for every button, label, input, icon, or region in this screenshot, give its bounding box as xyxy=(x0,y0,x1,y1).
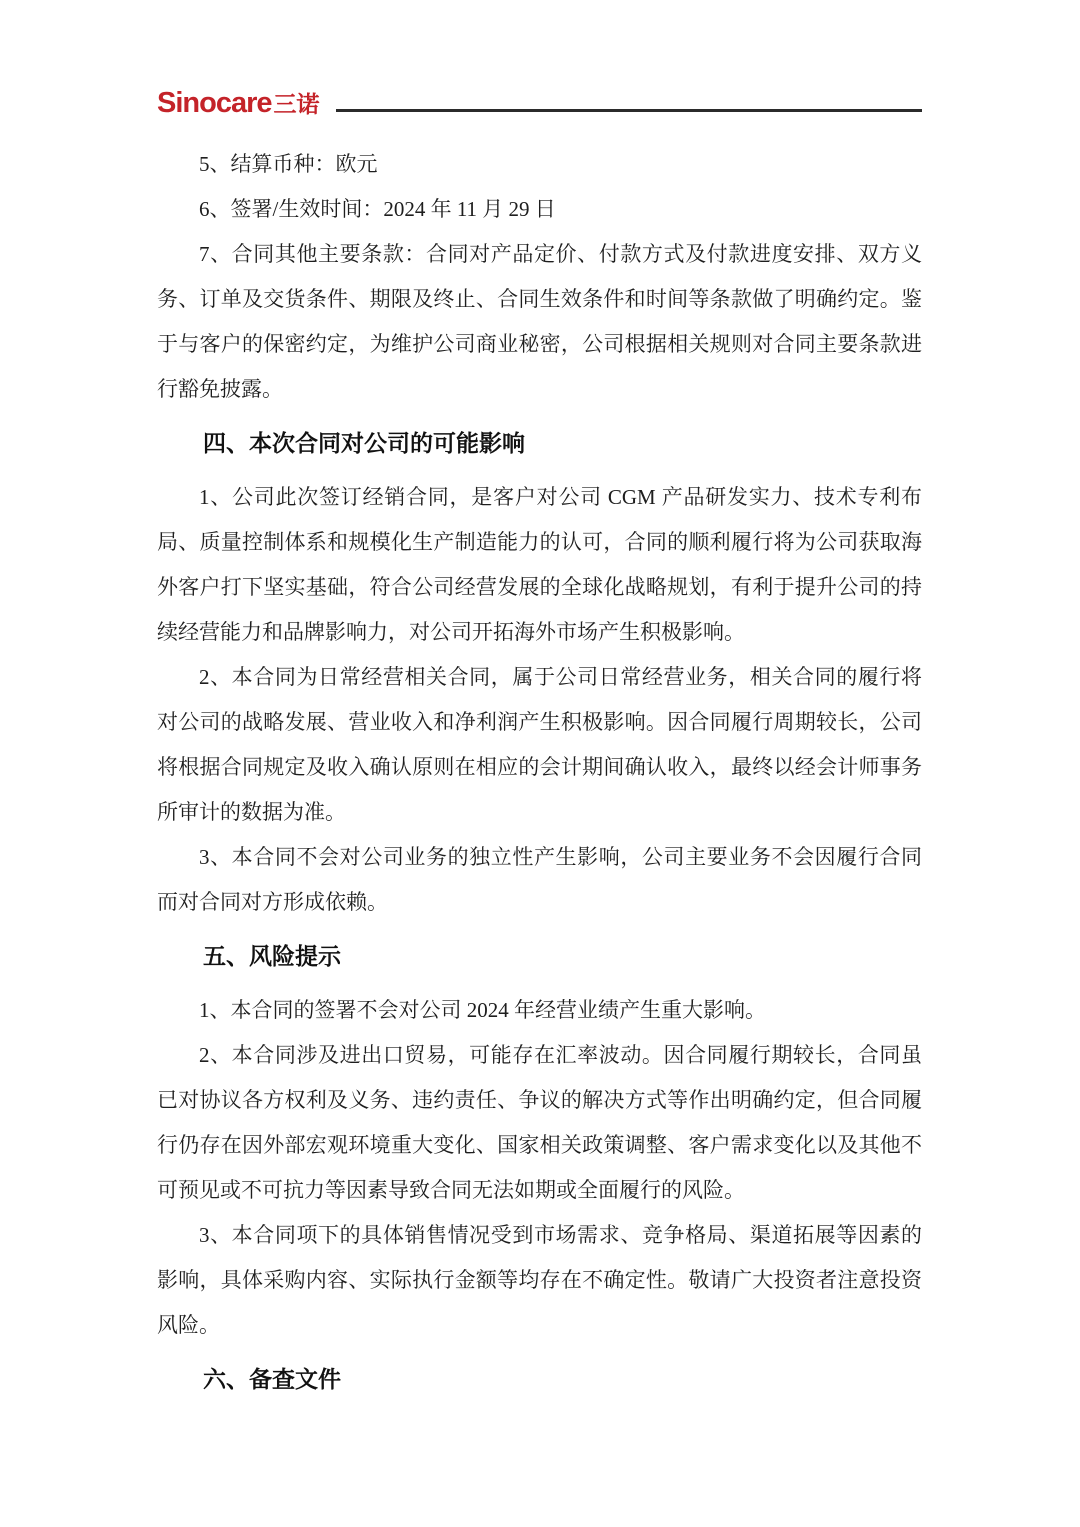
section-heading-impact: 四、本次合同对公司的可能影响 xyxy=(157,421,922,466)
impact-paragraph-2: 2、本合同为日常经营相关合同，属于公司日常经营业务，相关合同的履行将对公司的战略… xyxy=(157,655,922,835)
logo-text-cn: 三诺 xyxy=(274,93,320,116)
document-header: Sinocare 三诺 xyxy=(157,86,922,120)
section-heading-reference-documents: 六、备查文件 xyxy=(157,1357,922,1402)
term-item-other-clauses: 7、合同其他主要条款：合同对产品定价、付款方式及付款进度安排、双方义务、订单及交… xyxy=(157,232,922,412)
risk-paragraph-3: 3、本合同项下的具体销售情况受到市场需求、竞争格局、渠道拓展等因素的影响，具体采… xyxy=(157,1213,922,1348)
impact-paragraph-1: 1、公司此次签订经销合同，是客户对公司 CGM 产品研发实力、技术专利布局、质量… xyxy=(157,475,922,655)
header-rule-line xyxy=(336,109,923,112)
logo-text-en: Sinocare xyxy=(157,89,272,118)
risk-paragraph-1: 1、本合同的签署不会对公司 2024 年经营业绩产生重大影响。 xyxy=(157,988,922,1033)
impact-paragraph-3: 3、本合同不会对公司业务的独立性产生影响，公司主要业务不会因履行合同而对合同对方… xyxy=(157,835,922,925)
risk-paragraph-2: 2、本合同涉及进出口贸易，可能存在汇率波动。因合同履行期较长，合同虽已对协议各方… xyxy=(157,1033,922,1213)
sinocare-logo: Sinocare 三诺 xyxy=(157,89,320,118)
document-page: Sinocare 三诺 5、结算币种：欧元 6、签署/生效时间：2024 年 1… xyxy=(0,0,1080,1527)
term-item-signing-date: 6、签署/生效时间：2024 年 11 月 29 日 xyxy=(157,187,922,232)
term-item-settlement-currency: 5、结算币种：欧元 xyxy=(157,142,922,187)
document-body: 5、结算币种：欧元 6、签署/生效时间：2024 年 11 月 29 日 7、合… xyxy=(157,142,922,1402)
section-heading-risk: 五、风险提示 xyxy=(157,934,922,979)
